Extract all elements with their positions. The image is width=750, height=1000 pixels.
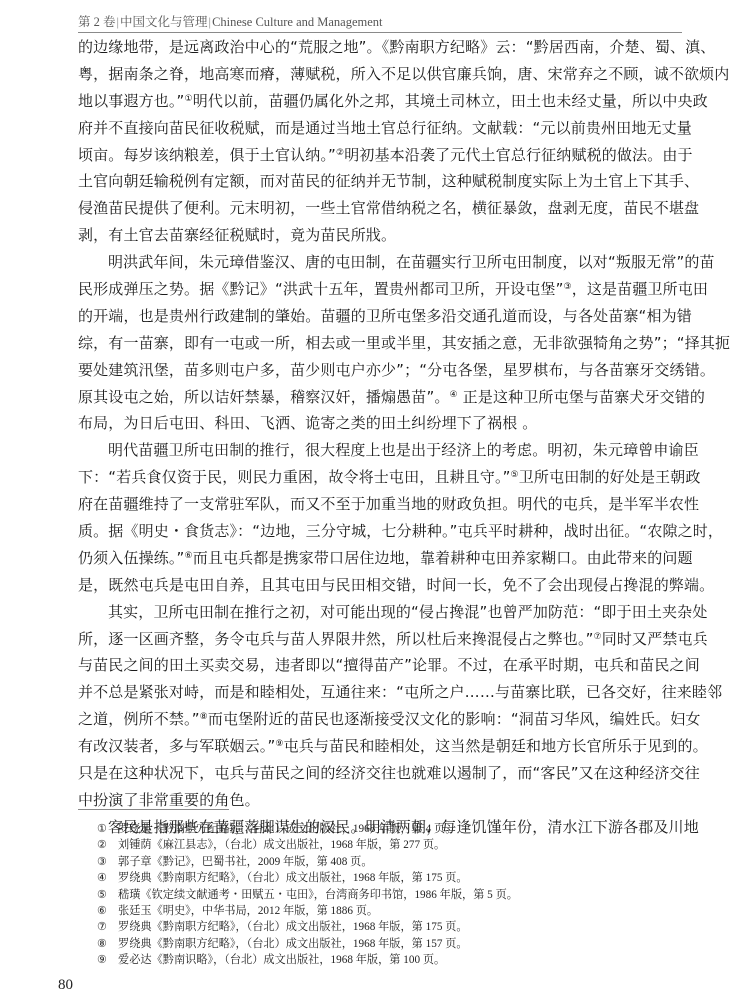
footnotes: ①罗绕典《黔南职方纪略》，（台北）成文出版社，1968 年版，第 4 页。②刘锺… xyxy=(97,821,657,969)
text-line: 其实，卫所屯田制在推行之初，对可能出现的“侵占搀混”也曾严加防范：“即于田土夹杂… xyxy=(78,599,682,626)
text-line: 的边缘地带，是远离政治中心的“荒服之地”。《黔南职方纪略》云：“黔居西南，介楚、… xyxy=(78,34,682,61)
text-line: 侵渔苗民提供了便利。元末明初，一些土官常借纳税之名，横征暴敛，盘剥无度，苗民不堪… xyxy=(78,195,682,222)
line-text: 并不总是紧张对峙，而是和睦相处，互通往来：“屯所之户……与苗寨比联，已各交好，往… xyxy=(78,683,722,701)
line-text: 府在苗疆维持了一支常驻军队，而又不至于加重当地的财政负担。明代的屯兵，是半军半农… xyxy=(78,495,699,513)
line-text: 卫所屯田制的好处是王朝政 xyxy=(519,468,701,486)
text-line: 仍须入伍操练。”⑥而且屯兵都是携家带口居住边地，靠着耕种屯田养家糊口。由此带来的… xyxy=(78,545,682,572)
running-header: 第 2 卷|中国文化与管理|Chinese Culture and Manage… xyxy=(78,12,682,32)
footnote-item: ⑨爱必达《黔南识略》，（台北）成文出版社，1968 年版，第 100 页。 xyxy=(97,952,657,968)
text-line: 并不总是紧张对峙，而是和睦相处，互通往来：“屯所之户……与苗寨比联，已各交好，往… xyxy=(78,679,682,706)
text-line: 明洪武年间，朱元璋借鉴汉、唐的屯田制，在苗疆实行卫所屯田制度，以对“叛服无常”的… xyxy=(78,249,682,276)
article-body: 的边缘地带，是远离政治中心的“荒服之地”。《黔南职方纪略》云：“黔居西南，介楚、… xyxy=(78,34,682,841)
text-line: 要处建筑汛堡，苗多则屯户多，苗少则屯户亦少”；“分屯各堡，星罗棋布，与各苗寨牙交… xyxy=(78,357,682,384)
line-text: 原其设屯之始，所以诘奸禁暴，稽察汉奸，播煽愚苗”。 xyxy=(78,388,450,406)
line-text: 有改汉装者，多与军联姻云。” xyxy=(78,737,275,755)
text-line: 有改汉装者，多与军联姻云。”⑨屯兵与苗民和睦相处，这当然是朝廷和地方长官所乐于见… xyxy=(78,733,682,760)
line-text: 剥，有土官去苗寨经征税赋时，竟为苗民所戕。 xyxy=(78,226,396,244)
text-line: 布局，为日后屯田、科田、飞洒、诡寄之类的田土纠纷埋下了祸根 。 xyxy=(78,410,682,437)
footnote-text: 郭子章《黔记》，巴蜀书社，2009 年版，第 408 页。 xyxy=(118,856,373,868)
line-text: 而屯堡附近的苗民也逐渐接受汉文化的影响：“洞苗习华风，编姓氏。妇女 xyxy=(208,710,701,728)
footnote-item: ⑦罗绕典《黔南职方纪略》，（台北）成文出版社，1968 年版，第 175 页。 xyxy=(97,919,657,935)
text-line: 是，既然屯兵是屯田自养，且其屯田与民田相交错，时间一长，免不了会出现侵占搀混的弊… xyxy=(78,572,682,599)
journal-title-en: Chinese Culture and Management xyxy=(212,15,382,29)
journal-title-cn: 中国文化与管理 xyxy=(120,15,208,29)
footnote-item: ⑧罗绕典《黔南职方纪略》，（台北）成文出版社，1968 年版，第 157 页。 xyxy=(97,936,657,952)
line-text: 明代以前，苗疆仍属化外之邦，其境土司林立，田土也未经丈量，所以中央政 xyxy=(193,92,708,110)
footnote-text: 爱必达《黔南识略》，（台北）成文出版社，1968 年版，第 100 页。 xyxy=(118,954,445,966)
footnote-number: ③ xyxy=(97,854,118,870)
line-text: 而且屯兵都是携家带口居住边地，靠着耕种屯田养家糊口。由此带来的问题 xyxy=(193,549,693,567)
header-separator: | xyxy=(117,15,120,29)
line-text: 地以事遐方也。” xyxy=(78,92,184,110)
text-line: 府在苗疆维持了一支常驻军队，而又不至于加重当地的财政负担。明代的屯兵，是半军半农… xyxy=(78,491,682,518)
footnote-item: ⑥张廷玉《明史》，中华书局，2012 年版，第 1886 页。 xyxy=(97,903,657,919)
text-line: 所，逐一区画齐整，务令屯兵与苗人界限井然，所以杜后来搀混侵占之弊也。”⑦同时又严… xyxy=(78,626,682,653)
text-line: 只是在这种状况下，屯兵与苗民之间的经济交往也就难以遏制了，而“客民”又在这种经济… xyxy=(78,760,682,787)
footnote-text: 罗绕典《黔南职方纪略》，（台北）成文出版社，1968 年版，第 175 页。 xyxy=(118,921,468,933)
text-line: 下：“若兵食仅资于民，则民力重困，故令将士屯田，且耕且守。”⑤卫所屯田制的好处是… xyxy=(78,464,682,491)
line-text: 是，既然屯兵是屯田自养，且其屯田与民田相交错，时间一长，免不了会出现侵占搀混的弊… xyxy=(78,576,714,594)
line-text: 民形成弹压之势。据《黔记》“洪武十五年，置贵州都司卫所，开设屯堡” xyxy=(78,280,564,298)
line-text: 屯兵与苗民和睦相处，这当然是朝廷和地方长官所乐于见到的。 xyxy=(284,737,708,755)
footnote-text: 刘锺荫《麻江县志》，（台北）成文出版社，1968 年版，第 277 页。 xyxy=(118,839,445,851)
footnote-number: ⑧ xyxy=(97,936,118,952)
text-line: 质。据《明史・食货志》：“边地，三分守城，七分耕种。”屯兵平时耕种，战时出征。“… xyxy=(78,518,682,545)
line-text: 明代苗疆卫所屯田制的推行，很大程度上也是出于经济上的考虑。明初，朱元璋曾申谕臣 xyxy=(108,441,699,459)
footnote-item: ②刘锺荫《麻江县志》，（台北）成文出版社，1968 年版，第 277 页。 xyxy=(97,837,657,853)
line-text: 所，逐一区画齐整，务令屯兵与苗人界限井然，所以杜后来搀混侵占之弊也。” xyxy=(78,630,594,648)
line-text: 顷亩。每岁该纳粮差，俱于土官认纳。” xyxy=(78,146,336,164)
footnote-marker[interactable]: ⑤ xyxy=(511,470,519,480)
footnote-marker[interactable]: ③ xyxy=(564,282,572,292)
text-line: 综，有一苗寨，即有一屯或一所，相去或一里或半里，其安插之意，无非欲强犄角之势”；… xyxy=(78,330,682,357)
text-line: 明代苗疆卫所屯田制的推行，很大程度上也是出于经济上的考虑。明初，朱元璋曾申谕臣 xyxy=(78,437,682,464)
line-text: 之道，例所不禁。” xyxy=(78,710,200,728)
footnote-number: ② xyxy=(97,837,118,853)
footnote-text: 罗绕典《黔南职方纪略》，（台北）成文出版社，1968 年版，第 4 页。 xyxy=(118,823,456,835)
footnote-marker[interactable]: ④ xyxy=(450,390,458,400)
footnote-item: ④罗绕典《黔南职方纪略》，（台北）成文出版社，1968 年版，第 175 页。 xyxy=(97,870,657,886)
text-line: 民形成弹压之势。据《黔记》“洪武十五年，置贵州都司卫所，开设屯堡”③，这是苗疆卫… xyxy=(78,276,682,303)
footnote-divider xyxy=(78,809,229,810)
header-separator: | xyxy=(209,15,212,29)
line-text: 正是这种卫所屯堡与苗寨犬牙交错的 xyxy=(458,388,705,406)
line-text: 中扮演了非常重要的角色。 xyxy=(78,791,260,809)
line-text: 与苗民之间的田土买卖交易，违者即以“擅得苗产”论罪。不过，在承平时期，屯兵和苗民… xyxy=(78,656,700,674)
line-text: 粤，据南条之脊，地高寒而瘠，薄赋税，所入不足以供官廉兵饷，唐、宋常弃之不顾，诚不… xyxy=(78,65,729,83)
line-text: 综，有一苗寨，即有一屯或一所，相去或一里或半里，其安插之意，无非欲强犄角之势”；… xyxy=(78,334,730,352)
footnote-number: ④ xyxy=(97,870,118,886)
text-line: 地以事遐方也。”①明代以前，苗疆仍属化外之邦，其境土司林立，田土也未经丈量，所以… xyxy=(78,88,682,115)
line-text: 府并不直接向苗民征收税赋，而是通过当地土官总行征纳。文献载：“元以前贵州田地无丈… xyxy=(78,119,692,137)
line-text: 的开端，也是贵州行政建制的肇始。苗疆的卫所屯堡多沿交通孔道而设，与各处苗寨“相为… xyxy=(78,307,692,325)
line-text: 土官向朝廷输税例有定额，而对苗民的征纳并无节制，这种赋税制度实际上为土官上下其手… xyxy=(78,172,699,190)
footnote-text: 罗绕典《黔南职方纪略》，（台北）成文出版社，1968 年版，第 175 页。 xyxy=(118,872,468,884)
footnote-marker[interactable]: ① xyxy=(184,94,192,104)
line-text: 的边缘地带，是远离政治中心的“荒服之地”。《黔南职方纪略》云：“黔居西南，介楚、… xyxy=(78,38,715,56)
line-text: 明初基本沿袭了元代土官总行征纳赋税的做法。由于 xyxy=(344,146,692,164)
footnote-marker[interactable]: ② xyxy=(336,148,344,158)
footnote-number: ⑥ xyxy=(97,903,118,919)
footnote-marker[interactable]: ⑨ xyxy=(275,739,283,749)
page-number: 80 xyxy=(58,977,73,994)
line-text: 下：“若兵食仅资于民，则民力重困，故令将士屯田，且耕且守。” xyxy=(78,468,511,486)
footnote-marker[interactable]: ⑦ xyxy=(594,632,602,642)
line-text: 其实，卫所屯田制在推行之初，对可能出现的“侵占搀混”也曾严加防范：“即于田土夹杂… xyxy=(108,603,707,621)
text-line: 剥，有土官去苗寨经征税赋时，竟为苗民所戕。 xyxy=(78,222,682,249)
line-text: 只是在这种状况下，屯兵与苗民之间的经济交往也就难以遏制了，而“客民”又在这种经济… xyxy=(78,764,700,782)
line-text: 要处建筑汛堡，苗多则屯户多，苗少则屯户亦少”；“分屯各堡，星罗棋布，与各苗寨牙交… xyxy=(78,361,715,379)
footnote-text: 罗绕典《黔南职方纪略》，（台北）成文出版社，1968 年版，第 157 页。 xyxy=(118,938,468,950)
line-text: 侵渔苗民提供了便利。元末明初，一些土官常借纳税之名，横征暴敛，盘剥无度，苗民不堪… xyxy=(78,199,699,217)
line-text: 仍须入伍操练。” xyxy=(78,549,184,567)
volume-label: 第 2 卷 xyxy=(78,15,116,29)
text-line: 府并不直接向苗民征收税赋，而是通过当地土官总行征纳。文献载：“元以前贵州田地无丈… xyxy=(78,115,682,142)
footnote-item: ①罗绕典《黔南职方纪略》，（台北）成文出版社，1968 年版，第 4 页。 xyxy=(97,821,657,837)
line-text: ，这是苗疆卫所屯田 xyxy=(572,280,708,298)
footnote-item: ⑤嵇璜《钦定续文献通考・田赋五・屯田》，台湾商务印书馆，1986 年版，第 5 … xyxy=(97,887,657,903)
header-divider xyxy=(78,32,682,33)
text-line: 之道，例所不禁。”⑧而屯堡附近的苗民也逐渐接受汉文化的影响：“洞苗习华风，编姓氏… xyxy=(78,706,682,733)
text-line: 顷亩。每岁该纳粮差，俱于土官认纳。”②明初基本沿袭了元代土官总行征纳赋税的做法。… xyxy=(78,142,682,169)
footnote-number: ⑦ xyxy=(97,919,118,935)
text-line: 粤，据南条之脊，地高寒而瘠，薄赋税，所入不足以供官廉兵饷，唐、宋常弃之不顾，诚不… xyxy=(78,61,682,88)
line-text: 同时又严禁屯兵 xyxy=(602,630,708,648)
line-text: 布局，为日后屯田、科田、飞洒、诡寄之类的田土纠纷埋下了祸根 。 xyxy=(78,414,537,432)
footnote-item: ③郭子章《黔记》，巴蜀书社，2009 年版，第 408 页。 xyxy=(97,854,657,870)
footnote-number: ⑤ xyxy=(97,887,118,903)
footnote-text: 嵇璜《钦定续文献通考・田赋五・屯田》，台湾商务印书馆，1986 年版，第 5 页… xyxy=(118,889,518,901)
footnote-number: ⑨ xyxy=(97,952,118,968)
text-line: 土官向朝廷输税例有定额，而对苗民的征纳并无节制，这种赋税制度实际上为土官上下其手… xyxy=(78,168,682,195)
footnote-marker[interactable]: ⑧ xyxy=(200,712,208,722)
footnote-marker[interactable]: ⑥ xyxy=(184,551,192,561)
line-text: 明洪武年间，朱元璋借鉴汉、唐的屯田制，在苗疆实行卫所屯田制度，以对“叛服无常”的… xyxy=(108,253,715,271)
text-line: 的开端，也是贵州行政建制的肇始。苗疆的卫所屯堡多沿交通孔道而设，与各处苗寨“相为… xyxy=(78,303,682,330)
footnote-text: 张廷玉《明史》，中华书局，2012 年版，第 1886 页。 xyxy=(118,905,378,917)
text-line: 原其设屯之始，所以诘奸禁暴，稽察汉奸，播煽愚苗”。④ 正是这种卫所屯堡与苗寨犬牙… xyxy=(78,384,682,411)
footnote-number: ① xyxy=(97,821,118,837)
text-line: 与苗民之间的田土买卖交易，违者即以“擅得苗产”论罪。不过，在承平时期，屯兵和苗民… xyxy=(78,652,682,679)
line-text: 质。据《明史・食货志》：“边地，三分守城，七分耕种。”屯兵平时耕种，战时出征。“… xyxy=(78,522,723,540)
